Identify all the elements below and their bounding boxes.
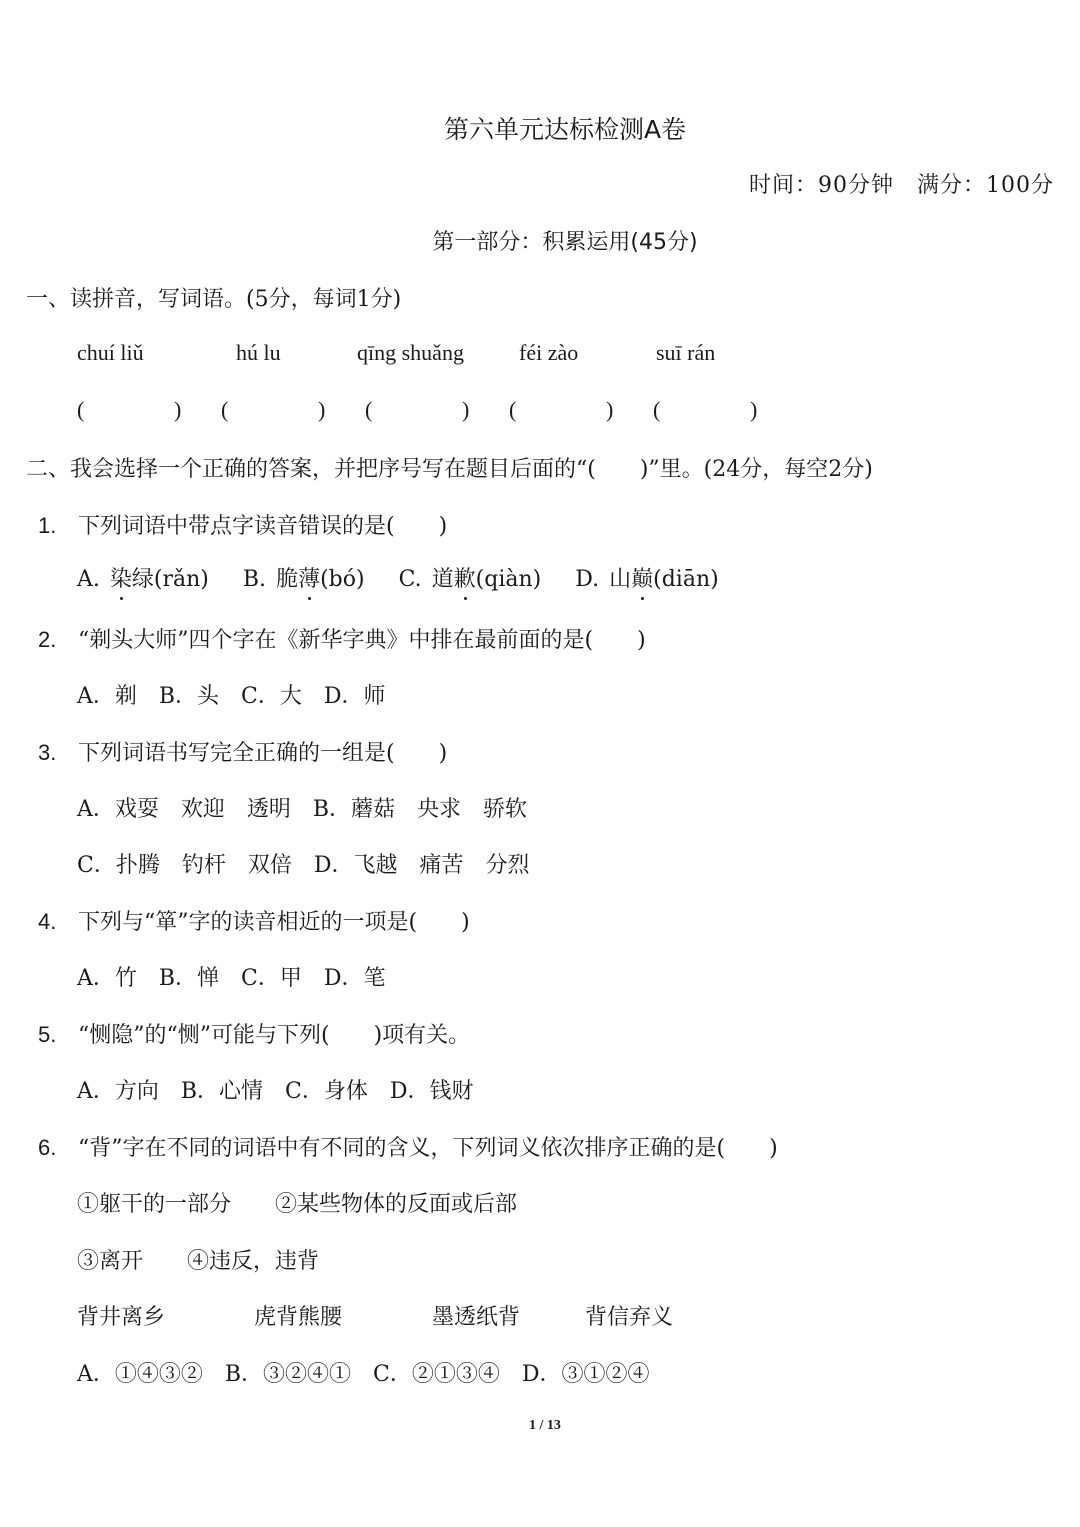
question-text: “剃头大师”四个字在《新华字典》中排在最前面的是( ) — [78, 628, 646, 653]
question-text: 下列词语中带点字读音错误的是( ) — [78, 514, 447, 539]
question-2: 2.“剃头大师”四个字在《新华字典》中排在最前面的是( ) — [38, 623, 646, 654]
question-6: 6.“背”字在不同的词语中有不同的含义，下列词义依次排序正确的是( ) — [38, 1131, 778, 1162]
question-number: 4. — [38, 909, 78, 935]
word-item: 背井离乡 — [77, 1300, 165, 1331]
question-number: 1. — [38, 513, 78, 539]
blank-close: ) — [606, 397, 613, 423]
question-2-options: A．剃 B．头 C．大 D．师 — [77, 679, 386, 710]
question-4-options: A．竹 B．惮 C．甲 D．笔 — [77, 961, 386, 992]
question-4: 4.下列与“箪”字的读音相近的一项是( ) — [38, 905, 470, 936]
blank-close: ) — [174, 397, 181, 423]
question-6-meanings-line-2: ③离开 ④违反，违背 — [77, 1244, 319, 1275]
question-5: 5.“恻隐”的“恻”可能与下列( )项有关。 — [38, 1018, 470, 1049]
blank-close: ) — [462, 397, 469, 423]
question-3-options-line-1: A．戏耍 欢迎 透明 B．蘑菇 央求 骄软 — [77, 792, 527, 823]
question-3-options-line-2: C．扑腾 钓杆 双倍 D．飞越 痛苦 分烈 — [77, 848, 529, 879]
question-number: 3. — [38, 740, 78, 766]
question-text: “恻隐”的“恻”可能与下列( )项有关。 — [78, 1023, 470, 1048]
pinyin-item: féi zào — [519, 340, 578, 366]
question-1: 1.下列词语中带点字读音错误的是( ) — [38, 509, 447, 540]
option-b: B.脆薄(bó) — [243, 567, 365, 592]
pinyin-item: qīng shuǎng — [357, 340, 464, 366]
question-5-options: A．方向 B．心情 C．身体 D．钱财 — [77, 1074, 474, 1105]
question-6-options: A．①④③② B．③②④① C．②①③④ D．③①②④ — [77, 1357, 650, 1388]
section-2-heading: 二、我会选择一个正确的答案，并把序号写在题目后面的“( )”里。(24分，每空2… — [26, 452, 873, 483]
question-number: 6. — [38, 1135, 78, 1161]
option-a: A.染绿(rǎn) — [77, 567, 209, 592]
option-c: C.道歉(qiàn) — [399, 567, 542, 592]
option-d: D.山巅(diān) — [575, 567, 718, 592]
question-6-meanings-line-1: ①躯干的一部分 ②某些物体的反面或后部 — [77, 1187, 517, 1218]
question-text: “背”字在不同的词语中有不同的含义，下列词义依次排序正确的是( ) — [78, 1136, 778, 1161]
section-1-heading: 一、读拼音，写词语。(5分，每词1分) — [26, 282, 401, 313]
question-text: 下列与“箪”字的读音相近的一项是( ) — [78, 910, 470, 935]
question-number: 5. — [38, 1022, 78, 1048]
exam-meta: 时间：90分钟 满分：100分 — [749, 168, 1054, 199]
question-text: 下列词语书写完全正确的一组是( ) — [78, 741, 447, 766]
pinyin-item: chuí liǔ — [77, 340, 144, 366]
pinyin-item: hú lu — [236, 340, 281, 366]
page-title: 第六单元达标检测A卷 — [0, 110, 1080, 146]
blank-open: ( — [365, 397, 372, 423]
pinyin-item: suī rán — [656, 340, 715, 366]
blank-open: ( — [221, 397, 228, 423]
word-item: 背信弃义 — [585, 1300, 673, 1331]
word-item: 墨透纸背 — [432, 1300, 520, 1331]
blank-close: ) — [318, 397, 325, 423]
word-item: 虎背熊腰 — [254, 1300, 342, 1331]
blank-open: ( — [77, 397, 84, 423]
question-number: 2. — [38, 627, 78, 653]
blank-close: ) — [750, 397, 757, 423]
question-3: 3.下列词语书写完全正确的一组是( ) — [38, 736, 447, 767]
blank-open: ( — [653, 397, 660, 423]
part-heading: 第一部分：积累运用(45分) — [0, 225, 1080, 256]
question-1-options: A.染绿(rǎn) B.脆薄(bó) C.道歉(qiàn) D.山巅(diān) — [77, 562, 719, 593]
blank-open: ( — [509, 397, 516, 423]
page-number: 1 / 13 — [0, 1418, 1080, 1434]
